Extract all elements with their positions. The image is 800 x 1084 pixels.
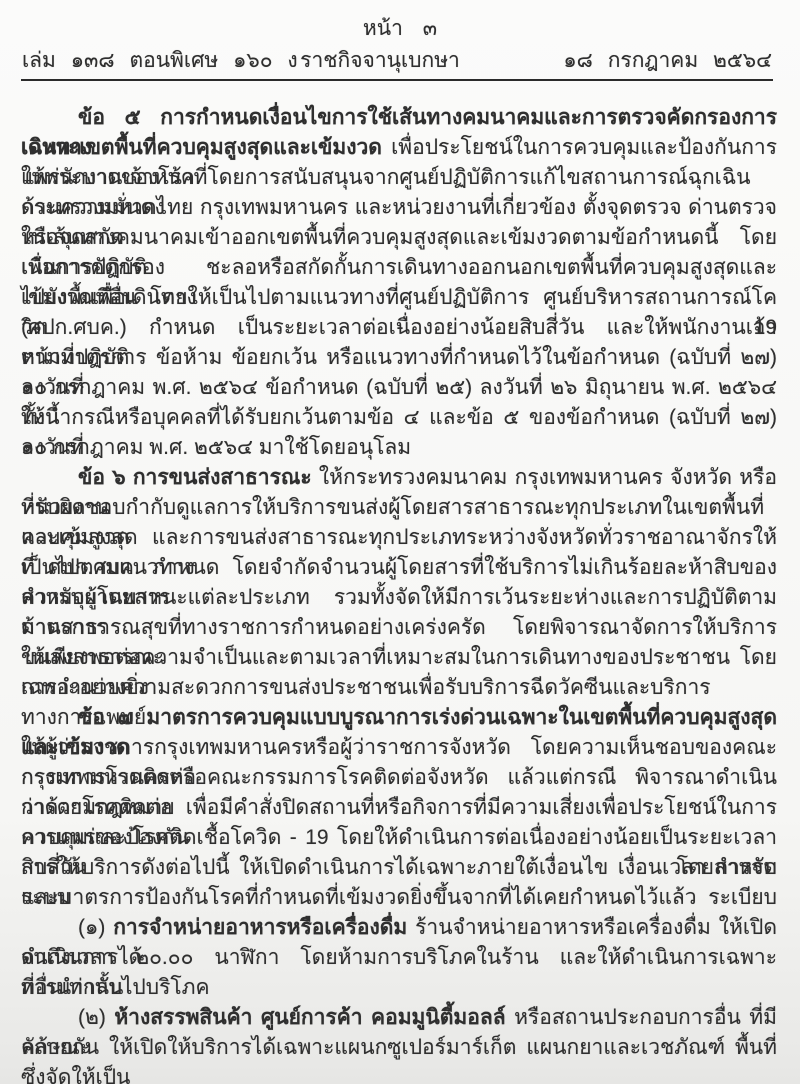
text-line: ๑๐ กรกฎาคม พ.ศ. ๒๕๖๔ ข้อกำหนด (ฉบับที่ ๒… <box>21 373 777 403</box>
text-segment: คล้ายกัน ให้เปิดให้บริการได้เฉพาะแผนกซูเ… <box>21 1036 777 1084</box>
text-line: จนถึงเวลา ๒๐.๐๐ นาฬิกา โดยห้ามการบริโภคใ… <box>21 943 777 973</box>
text-line: ๑๐ กรกฎาคม พ.ศ. ๒๕๖๔ มาใช้โดยอนุโลม <box>21 433 777 463</box>
text-line: การให้บริการดังต่อไปนี้ ให้เปิดดำเนินการ… <box>21 853 777 883</box>
text-segment: และมาตรการป้องกันโรคที่กำหนดที่เข้มงวดยิ… <box>21 886 697 909</box>
text-line: สำหรับยานพาหนะแต่ละประเภท รวมทั้งจัดให้ม… <box>21 583 777 613</box>
text-line: ข้อ ๗ มาตรการควบคุมแบบบูรณาการเร่งด่วนเฉ… <box>21 703 777 733</box>
text-line: กรุงเทพมหานครหรือคณะกรรมการโรคติดต่อจังห… <box>21 763 777 793</box>
text-line: ในเส้นทางคมนาคมเข้าออกเขตพื้นที่ควบคุมสู… <box>21 223 777 253</box>
text-line: (ศปก.ศบค.) กำหนด เป็นระยะเวลาต่อเนื่องอย… <box>21 313 777 343</box>
text-segment: ที่อื่นเท่านั้น <box>21 976 123 999</box>
document-body: ข้อ ๕ การกำหนดเงื่อนไขการใช้เส้นทางคมนาค… <box>21 103 777 1063</box>
text-line: ตามมาตรการ ข้อห้าม ข้อยกเว้น หรือแนวทางท… <box>21 343 777 373</box>
text-segment-bold: ห้างสรรพสินค้า ศูนย์การค้า คอมมูนิตี้มอล… <box>114 1006 505 1029</box>
text-segment: (๒) <box>78 1006 114 1029</box>
publication-date: ๑๘ กรกฎาคม ๒๕๖๔ <box>563 46 772 76</box>
text-line: ข้อ ๕ การกำหนดเงื่อนไขการใช้เส้นทางคมนาค… <box>21 103 777 133</box>
text-line: ไปยังพื้นที่อื่น โดยให้เป็นไปตามแนวทางที… <box>21 283 777 313</box>
text-line: ข้อ ๖ การขนส่งสาธารณะ ให้กระทรวงคมนาคม ก… <box>21 463 777 493</box>
text-line: ให้ผู้ว่าราชการกรุงเทพมหานครหรือผู้ว่ารา… <box>21 733 777 763</box>
text-segment-bold: เฉพาะเขตพื้นที่ควบคุมสูงสุดและเข้มงวด <box>21 136 382 159</box>
text-line: ว่าด้วยโรคติดต่อ เพื่อมีคำสั่งปิดสถานที่… <box>21 793 777 823</box>
text-line: และเข้มงวด และการขนส่งสาธารณะทุกประเภทระ… <box>21 523 777 553</box>
header-divider <box>21 79 773 81</box>
text-line: (๑) การจำหน่ายอาหารหรือเครื่องดื่ม ร้านจ… <box>21 913 777 943</box>
text-segment: (๑) <box>78 916 113 939</box>
text-line: (๒) ห้างสรรพสินค้า ศูนย์การค้า คอมมูนิตี… <box>21 1003 777 1033</box>
text-line: ที่รับผิดชอบกำกับดูแลการให้บริการขนส่งผู… <box>21 493 777 523</box>
text-line: กระทรวงมหาดไทย กรุงเทพมหานคร และหน่วยงาน… <box>21 193 777 223</box>
text-segment: ๑๐ กรกฎาคม พ.ศ. ๒๕๖๔ มาใช้โดยอนุโลม <box>21 436 411 459</box>
text-line: ให้พนักงานเจ้าหน้าที่โดยการสนับสนุนจากศู… <box>21 163 777 193</box>
text-line: เพื่อการคัดกรอง ชะลอหรือสกัดกั้นการเดินท… <box>21 253 777 283</box>
text-line: ด้านสาธารณสุขที่ทางราชการกำหนดอย่างเคร่ง… <box>21 613 777 643</box>
text-line: ให้นำกรณีหรือบุคคลที่ได้รับยกเว้นตามข้อ … <box>21 403 777 433</box>
text-line: การอำนวยความสะดวกการขนส่งประชาชนเพื่อรับ… <box>21 673 777 703</box>
gazette-page: หน้า ๓ เล่ม ๑๓๘ ตอนพิเศษ ๑๖๐ ง ราชกิจจาน… <box>0 0 800 1084</box>
text-line: เฉพาะเขตพื้นที่ควบคุมสูงสุดและเข้มงวด เพ… <box>21 133 777 163</box>
text-segment-bold: การจำหน่ายอาหารหรือเครื่องดื่ม <box>113 916 407 939</box>
text-line: และมาตรการป้องกันโรคที่กำหนดที่เข้มงวดยิ… <box>21 883 777 913</box>
text-line: ให้เพียงพอต่อความจำเป็นและตามเวลาที่เหมา… <box>21 643 777 673</box>
text-line: คล้ายกัน ให้เปิดให้บริการได้เฉพาะแผนกซูเ… <box>21 1033 777 1063</box>
text-line: ที่ ศปก.ศบค. กำหนด โดยจำกัดจำนวนผู้โดยสา… <box>21 553 777 583</box>
gazette-header-row: เล่ม ๑๓๘ ตอนพิเศษ ๑๖๐ ง ราชกิจจานุเบกษา … <box>0 46 800 76</box>
page-number: หน้า ๓ <box>0 15 800 43</box>
text-line: การแพร่ของโรคติดเชื้อโควิด - 19 โดยให้ดำ… <box>21 823 777 853</box>
text-segment-bold: ข้อ ๖ การขนส่งสาธารณะ <box>78 466 312 489</box>
